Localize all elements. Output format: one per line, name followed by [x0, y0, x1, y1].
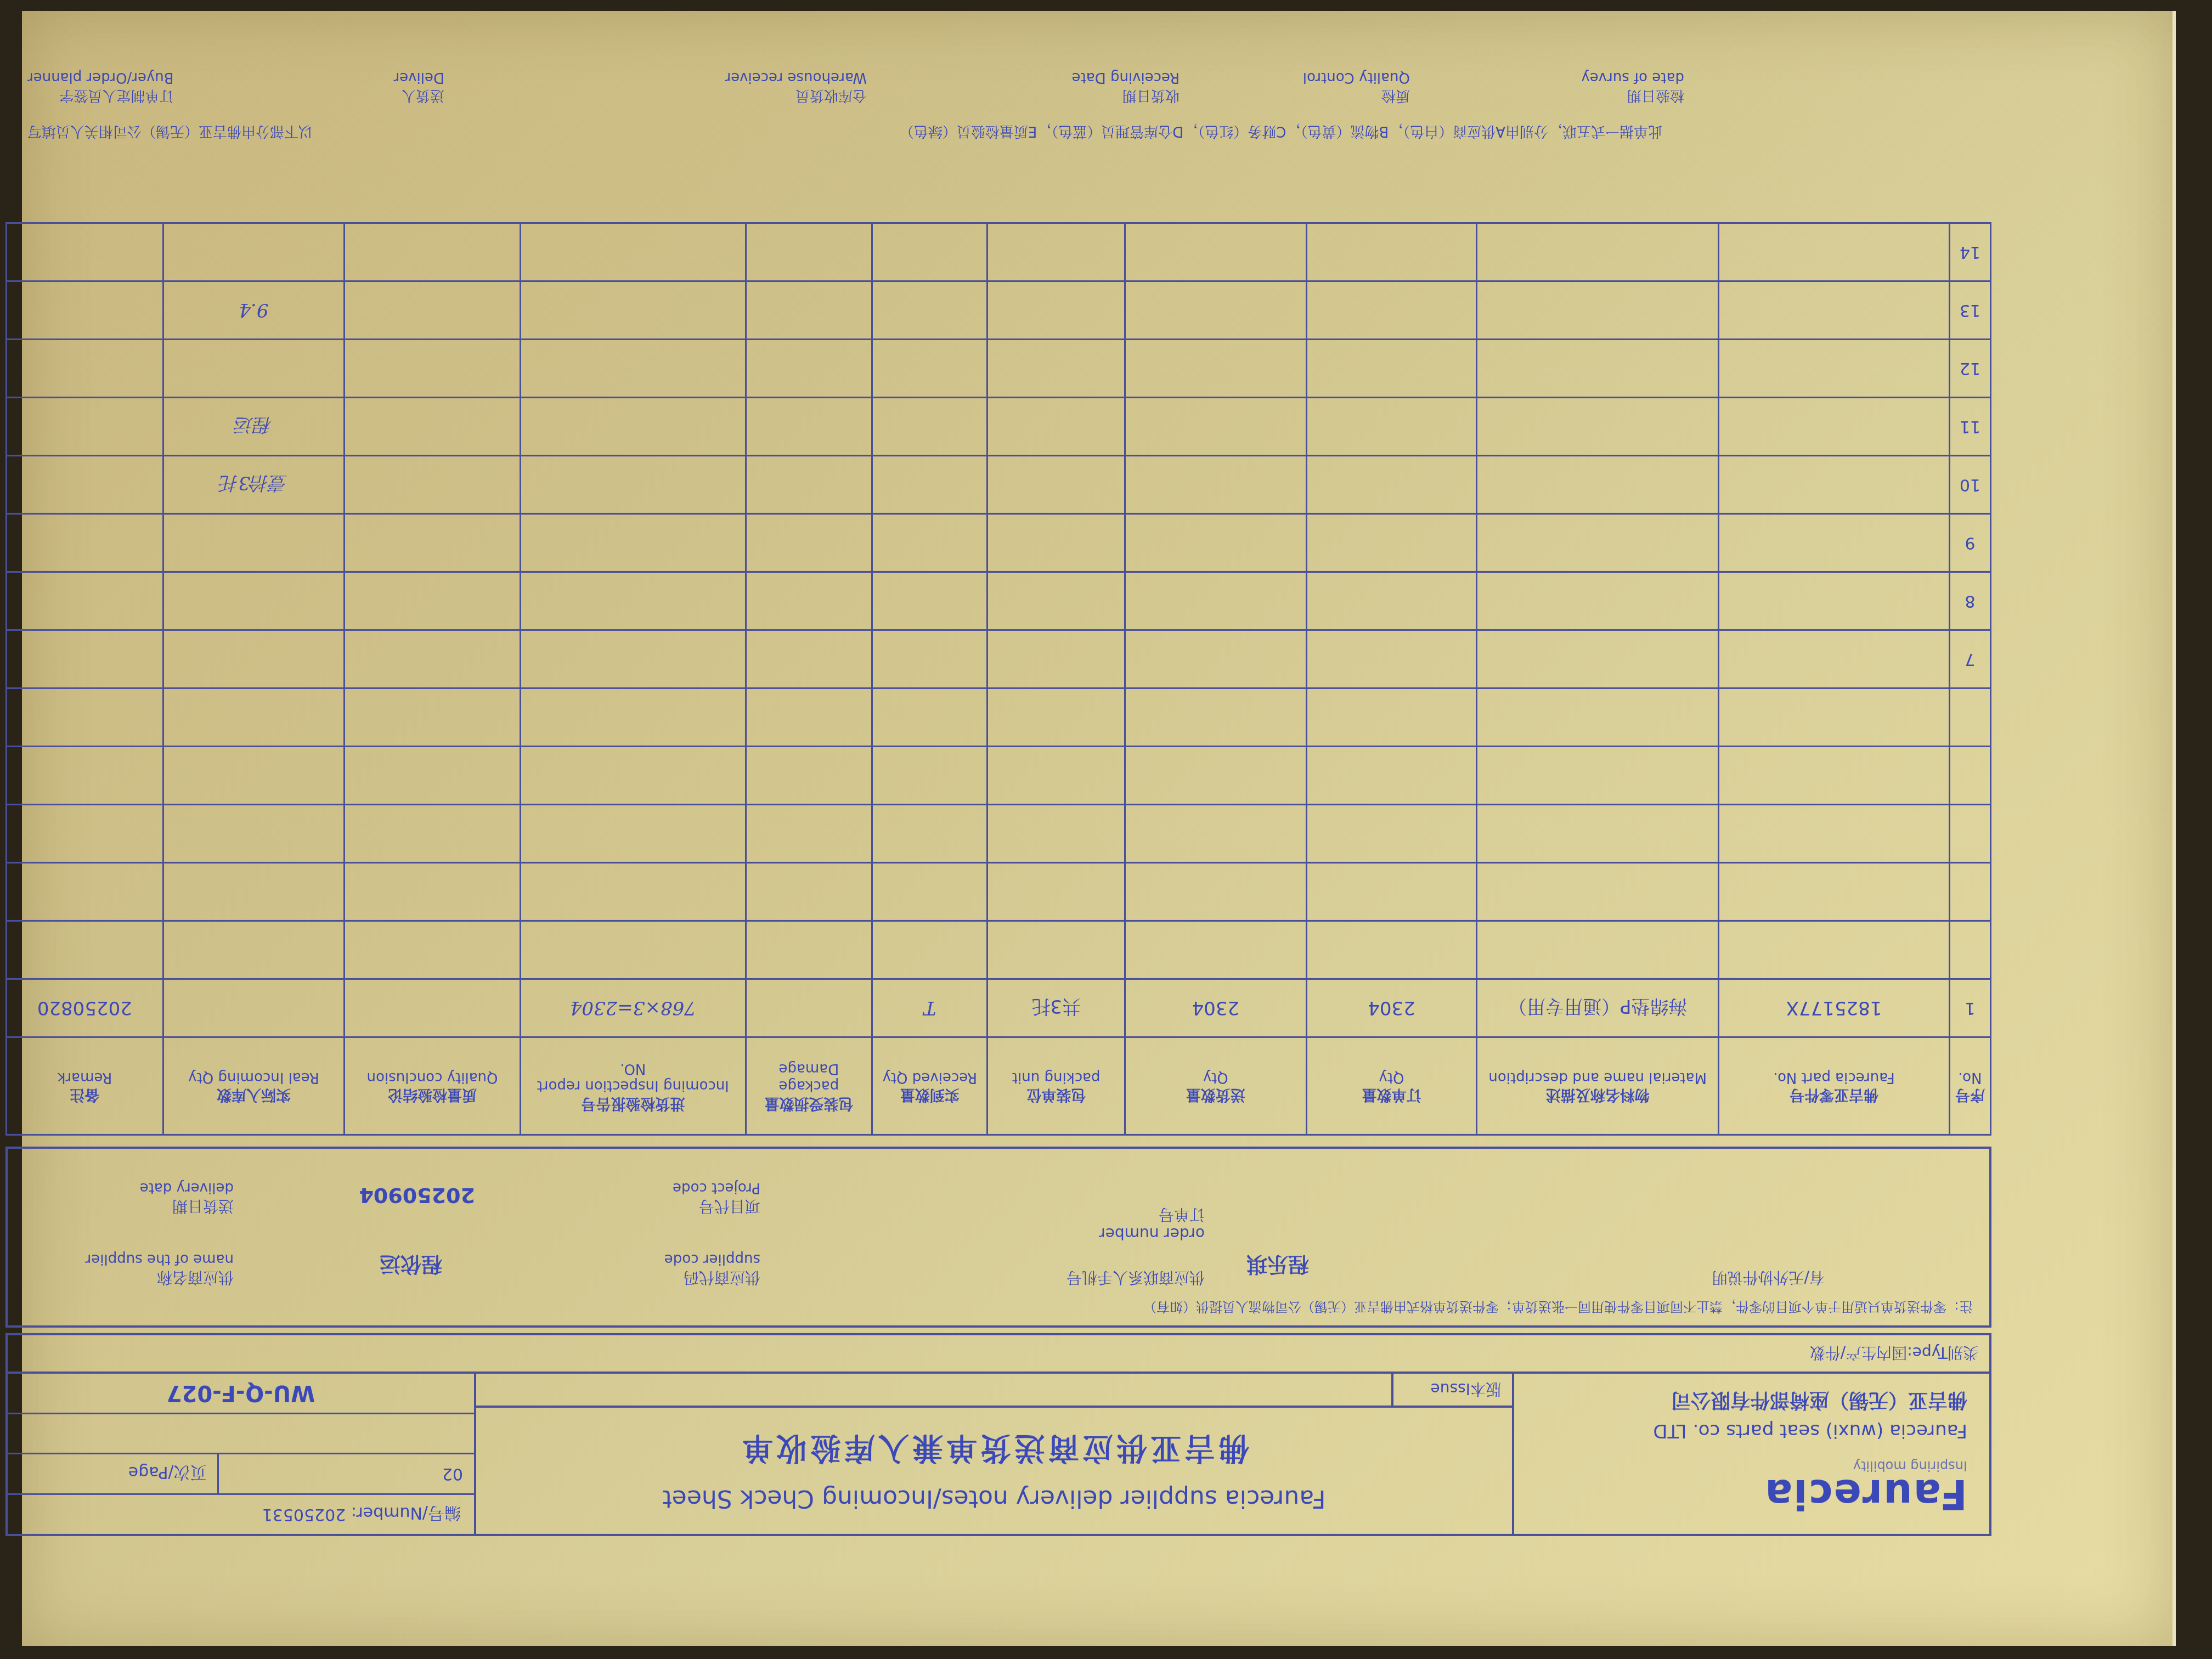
sig-deliver-en: Deliver — [393, 69, 444, 87]
cell-real-qty[interactable] — [163, 747, 345, 805]
cell-material[interactable] — [1477, 456, 1719, 514]
table-row: 7 — [7, 630, 1991, 689]
table-row: 14 — [7, 223, 1991, 281]
supplier-code-label: 供应商代码 supplier code — [664, 1250, 760, 1288]
cell-packing-unit[interactable] — [988, 689, 1125, 747]
cell-packing-unit[interactable] — [988, 398, 1125, 456]
cell-part-no[interactable] — [1719, 456, 1950, 514]
cell-damage[interactable] — [746, 223, 872, 281]
cell-packing-unit[interactable] — [988, 223, 1125, 281]
cell-real-qty[interactable] — [163, 689, 345, 747]
cell-damage[interactable] — [746, 572, 872, 630]
cell-damage[interactable] — [746, 863, 872, 921]
cell-part-no[interactable] — [1719, 514, 1950, 572]
table-row — [7, 805, 1991, 863]
footer-fill-note: 以下部分由佛吉亚（无锡）公司相关人员填写 — [27, 122, 313, 143]
cell-inspection[interactable] — [520, 921, 746, 979]
cell-inspection[interactable] — [520, 223, 746, 281]
signature-warehouse[interactable]: 仓库收货员 Warehouse receiver — [725, 69, 867, 104]
issue-row: 版本Issue — [476, 1374, 1512, 1406]
cell-damage[interactable] — [746, 398, 872, 456]
title-box: Faurecia supplier delivery notes/Incomin… — [476, 1406, 1512, 1534]
cell-material[interactable] — [1477, 863, 1719, 921]
cell-received-qty[interactable] — [872, 689, 988, 747]
sig-survey-en: date of survey — [1581, 69, 1684, 87]
cell-damage[interactable] — [746, 921, 872, 979]
cell-delivery-qty[interactable]: 2304 — [1125, 979, 1306, 1037]
cell-damage[interactable] — [746, 805, 872, 863]
cell-packing-unit[interactable] — [988, 747, 1125, 805]
cell-quality[interactable] — [345, 747, 521, 805]
footer-copies-note: 此单据一式五联，分别由A供应商（白色），B物流（黄色），C财务（红色），D仓库管… — [900, 122, 1662, 143]
cell-delivery-qty[interactable] — [1125, 223, 1306, 281]
cell-order-qty[interactable] — [1306, 514, 1477, 572]
col-inspection-report: 进货检验报告号Incoming Inspection report NO. — [520, 1037, 746, 1135]
cell-remark[interactable] — [7, 223, 163, 281]
col-received-qty: 实到数量Received Qty — [872, 1037, 988, 1135]
cell-order-qty[interactable] — [1306, 805, 1477, 863]
sig-receiving-cn: 收货日期 — [1072, 87, 1180, 105]
issue-value: 02 — [218, 1455, 475, 1494]
cell-remark[interactable] — [7, 630, 163, 689]
cell-material[interactable] — [1477, 223, 1719, 281]
cell-quality[interactable] — [345, 921, 521, 979]
cell-packing-unit[interactable] — [988, 921, 1125, 979]
supplier-name-label: 供应商名称 name of the supplier — [86, 1250, 234, 1288]
signature-deliver[interactable]: 送货人 Deliver — [393, 69, 444, 104]
col-real-incoming-qty: 实际入库数Real Incoming Qty — [163, 1037, 345, 1135]
cell-inspection[interactable] — [520, 863, 746, 921]
cell-no[interactable] — [1949, 863, 1990, 921]
cell-order-qty[interactable] — [1306, 747, 1477, 805]
paper-sheet: 一供应商（白色）二物流（黄色）三财务（红色）四仓库管理员（蓝色）五质量检验员（绿… — [22, 11, 2176, 1646]
title-block: Faurecia supplier delivery notes/Incomin… — [476, 1374, 1512, 1534]
cell-part-no[interactable] — [1719, 630, 1950, 689]
cell-received-qty[interactable] — [872, 223, 988, 281]
cell-damage[interactable] — [746, 456, 872, 514]
cell-packing-unit[interactable]: 共3托 — [988, 979, 1125, 1037]
col-material: 物料名称及描述Material name and description — [1477, 1037, 1719, 1135]
cell-inspection[interactable] — [520, 572, 746, 630]
cell-part-no[interactable] — [1719, 572, 1950, 630]
col-delivery-qty: 送货数量Qty — [1125, 1037, 1306, 1135]
cell-real-qty[interactable] — [163, 863, 345, 921]
cell-no[interactable]: 14 — [1949, 223, 1990, 281]
sig-receiving-en: Receiving Date — [1072, 69, 1180, 87]
cell-received-qty[interactable] — [872, 514, 988, 572]
cell-material[interactable] — [1477, 281, 1719, 340]
cell-material[interactable]: 海绵垫P（通用专用） — [1477, 979, 1719, 1037]
blank-meta-cell — [8, 1413, 474, 1453]
sig-warehouse-en: Warehouse receiver — [725, 69, 867, 87]
cell-no[interactable]: 11 — [1949, 398, 1990, 456]
table-row: 11程运 — [7, 398, 1991, 456]
cell-part-no[interactable] — [1719, 281, 1950, 340]
cell-damage[interactable] — [746, 340, 872, 398]
delivery-date-label: 送货日期 delivery date — [140, 1179, 234, 1216]
cell-quality[interactable] — [345, 572, 521, 630]
cell-received-qty[interactable] — [872, 398, 988, 456]
cell-packing-unit[interactable] — [988, 456, 1125, 514]
cell-order-qty[interactable]: 2304 — [1306, 979, 1477, 1037]
cell-damage[interactable] — [746, 747, 872, 805]
sig-qc-cn: 质检 — [1303, 87, 1410, 105]
cell-no[interactable] — [1949, 747, 1990, 805]
cell-real-qty[interactable] — [163, 630, 345, 689]
meta-block: 编号/Number: 20250531 02 页次/Page WU-Q-F-02… — [8, 1374, 476, 1534]
cell-remark[interactable] — [7, 514, 163, 572]
cell-received-qty[interactable] — [872, 921, 988, 979]
subcontract-label: 有/无外协件说明 — [1712, 1268, 1825, 1287]
cell-received-qty[interactable] — [872, 572, 988, 630]
cell-delivery-qty[interactable] — [1125, 572, 1306, 630]
cell-part-no[interactable] — [1719, 863, 1950, 921]
project-code-label: 项目代号 Project code — [673, 1179, 760, 1216]
cell-inspection[interactable] — [520, 456, 746, 514]
cell-damage[interactable] — [746, 281, 872, 340]
cell-received-qty[interactable] — [872, 456, 988, 514]
cell-quality[interactable] — [345, 689, 521, 747]
col-no: 序号No. — [1949, 1037, 1990, 1135]
cell-delivery-qty[interactable] — [1125, 630, 1306, 689]
cell-real-qty[interactable] — [163, 514, 345, 572]
cell-received-qty[interactable]: T — [872, 979, 988, 1037]
cell-packing-unit[interactable] — [988, 281, 1125, 340]
cell-received-qty[interactable] — [872, 805, 988, 863]
sig-buyer-en: Buyer/Order planner — [27, 69, 174, 87]
cell-quality[interactable] — [345, 979, 521, 1037]
cell-quality[interactable] — [345, 223, 521, 281]
delivery-date-en: delivery date — [140, 1179, 234, 1197]
cell-delivery-qty[interactable] — [1125, 398, 1306, 456]
cell-packing-unit[interactable] — [988, 630, 1125, 689]
sig-warehouse-cn: 仓库收货员 — [725, 87, 867, 105]
cell-received-qty[interactable] — [872, 863, 988, 921]
cell-delivery-qty[interactable] — [1125, 747, 1306, 805]
cell-remark[interactable] — [7, 281, 163, 340]
cell-damage[interactable] — [746, 514, 872, 572]
cell-inspection[interactable] — [520, 747, 746, 805]
cell-material[interactable] — [1477, 340, 1719, 398]
col-package-damage: 包装受损数量package Damage — [746, 1037, 872, 1135]
cell-packing-unit[interactable] — [988, 340, 1125, 398]
cell-inspection[interactable] — [520, 398, 746, 456]
cell-order-qty[interactable] — [1306, 340, 1477, 398]
table-row: 8 — [7, 572, 1991, 630]
cell-remark[interactable] — [7, 689, 163, 747]
cell-remark[interactable] — [7, 398, 163, 456]
cell-material[interactable] — [1477, 921, 1719, 979]
cell-remark[interactable] — [7, 921, 163, 979]
cell-inspection[interactable] — [520, 281, 746, 340]
cell-real-qty[interactable] — [163, 805, 345, 863]
cell-part-no[interactable] — [1719, 921, 1950, 979]
cell-part-no[interactable] — [1719, 805, 1950, 863]
signature-buyer[interactable]: 订单制定人员签字 Buyer/Order planner — [27, 69, 174, 104]
table-row: 10壹拾3托 — [7, 456, 1991, 514]
cell-real-qty[interactable]: 壹拾3托 — [163, 456, 345, 514]
cell-order-qty[interactable] — [1306, 456, 1477, 514]
cell-received-qty[interactable] — [872, 281, 988, 340]
table-row: 9 — [7, 514, 1991, 572]
cell-real-qty[interactable] — [163, 340, 345, 398]
table-row: 11825177X海绵垫P（通用专用）23042304共3托T768×3=230… — [7, 979, 1991, 1037]
cell-remark[interactable] — [7, 863, 163, 921]
cell-packing-unit[interactable] — [988, 572, 1125, 630]
cell-no[interactable]: 8 — [1949, 572, 1990, 630]
cell-order-qty[interactable] — [1306, 921, 1477, 979]
col-remark: 备注Remark — [7, 1037, 163, 1135]
col-quality-conclusion: 质量检验结论Quality conclusion — [345, 1037, 521, 1135]
cell-remark[interactable] — [7, 572, 163, 630]
sig-buyer-cn: 订单制定人员签字 — [27, 87, 174, 105]
cell-order-qty[interactable] — [1306, 223, 1477, 281]
contact-label: 供应商联系人手机号 — [1066, 1268, 1205, 1287]
cell-real-qty[interactable] — [163, 921, 345, 979]
cell-part-no[interactable] — [1719, 340, 1950, 398]
table-row: 12 — [7, 340, 1991, 398]
cell-real-qty[interactable]: 9.4 — [163, 281, 345, 340]
cell-part-no[interactable] — [1719, 747, 1950, 805]
cell-no[interactable]: 1 — [1949, 979, 1990, 1037]
cell-received-qty[interactable] — [872, 630, 988, 689]
cell-delivery-qty[interactable] — [1125, 281, 1306, 340]
cell-real-qty[interactable]: 程运 — [163, 398, 345, 456]
sig-deliver-cn: 送货人 — [393, 87, 444, 105]
cell-remark[interactable]: 20250820 — [7, 979, 163, 1037]
cell-no[interactable]: 9 — [1949, 514, 1990, 572]
cell-material[interactable] — [1477, 630, 1719, 689]
cell-no[interactable]: 7 — [1949, 630, 1990, 689]
brand-tagline: Inspiring mobility — [1536, 1458, 1967, 1474]
form-header: Faurecia Inspiring mobility Faurecia (wu… — [5, 1372, 1991, 1536]
cell-no[interactable]: 12 — [1949, 340, 1990, 398]
delivery-check-form: Faurecia Inspiring mobility Faurecia (wu… — [5, 11, 1991, 1536]
cell-quality[interactable] — [345, 398, 521, 456]
page-label: 页次/Page — [8, 1455, 218, 1494]
cell-inspection[interactable] — [520, 805, 746, 863]
cell-remark[interactable] — [7, 340, 163, 398]
col-part-no: 佛吉亚零件号Faurecia part No. — [1719, 1037, 1950, 1135]
company-block: Faurecia Inspiring mobility Faurecia (wu… — [1512, 1374, 1989, 1534]
cell-quality[interactable] — [345, 514, 521, 572]
form-title-cn: 佛吉亚供应商送货单兼入库验收单 — [739, 1429, 1249, 1473]
cell-order-qty[interactable] — [1306, 863, 1477, 921]
cell-quality[interactable] — [345, 456, 521, 514]
supplier-name-en: name of the supplier — [86, 1250, 234, 1268]
supplier-name-value[interactable]: 程依运 — [380, 1251, 442, 1282]
cell-remark[interactable] — [7, 456, 163, 514]
issue-page-row: 02 页次/Page — [8, 1453, 474, 1494]
company-name-cn: 佛吉亚（无锡）座椅部件有限公司 — [1536, 1387, 1967, 1415]
cell-remark[interactable] — [7, 805, 163, 863]
cell-delivery-qty[interactable] — [1125, 340, 1306, 398]
cell-packing-unit[interactable] — [988, 514, 1125, 572]
supplier-code-cn: 供应商代码 — [664, 1268, 760, 1287]
cell-order-qty[interactable] — [1306, 630, 1477, 689]
cell-quality[interactable] — [345, 281, 521, 340]
cell-real-qty[interactable] — [163, 572, 345, 630]
signature-quality-control[interactable]: 质检 Quality Control — [1303, 69, 1410, 104]
cell-remark[interactable] — [7, 747, 163, 805]
cell-material[interactable] — [1477, 514, 1719, 572]
cell-delivery-qty[interactable] — [1125, 921, 1306, 979]
number-label: 编号/Number: — [351, 1503, 461, 1527]
type-label: 类别Type:国内生产/件数 — [1810, 1342, 1978, 1364]
cell-order-qty[interactable] — [1306, 398, 1477, 456]
cell-packing-unit[interactable] — [988, 805, 1125, 863]
delivery-date-cn: 送货日期 — [140, 1197, 234, 1216]
type-row: 类别Type:国内生产/件数 — [5, 1333, 1991, 1372]
order-number-en: order number — [1099, 1224, 1205, 1243]
cell-damage[interactable] — [746, 689, 872, 747]
cell-damage[interactable] — [746, 630, 872, 689]
cell-material[interactable] — [1477, 572, 1719, 630]
cell-damage[interactable] — [746, 979, 872, 1037]
table-row: 139.4 — [7, 281, 1991, 340]
cell-delivery-qty[interactable] — [1125, 689, 1306, 747]
cell-inspection[interactable] — [520, 514, 746, 572]
delivery-date-value[interactable]: 20250904 — [359, 1183, 475, 1207]
cell-quality[interactable] — [345, 340, 521, 398]
cell-inspection[interactable] — [520, 630, 746, 689]
order-number-cn: 订单号 — [1099, 1205, 1205, 1224]
number-field: 编号/Number: 20250531 — [8, 1493, 474, 1534]
cell-real-qty[interactable] — [163, 223, 345, 281]
cell-real-qty[interactable] — [163, 979, 345, 1037]
cell-order-qty[interactable] — [1306, 689, 1477, 747]
supplier-code-en: supplier code — [664, 1250, 760, 1268]
supplier-info-block: 注：零件送货单只适用于单个项目的零件，禁止不同项目零件使用同一张送货单；零件送货… — [5, 1147, 1991, 1328]
faurecia-logo: Faurecia — [1536, 1470, 1967, 1517]
project-code-en: Project code — [673, 1179, 760, 1197]
delivery-items-table: 序号No. 佛吉亚零件号Faurecia part No. 物料名称及描述Mat… — [5, 222, 1991, 1136]
order-number-label: order number 订单号 — [1099, 1205, 1205, 1243]
cell-order-qty[interactable] — [1306, 281, 1477, 340]
cell-part-no[interactable] — [1719, 223, 1950, 281]
cell-quality[interactable] — [345, 863, 521, 921]
cell-packing-unit[interactable] — [988, 863, 1125, 921]
cell-order-qty[interactable] — [1306, 572, 1477, 630]
table-row — [7, 747, 1991, 805]
cell-inspection[interactable] — [520, 689, 746, 747]
signature-survey-date[interactable]: 检验日期 date of survey — [1581, 69, 1684, 104]
cell-quality[interactable] — [345, 805, 521, 863]
form-footer: 以下部分由佛吉亚（无锡）公司相关人员填写 此单据一式五联，分别由A供应商（白色）… — [5, 16, 1991, 148]
cell-material[interactable] — [1477, 689, 1719, 747]
cell-inspection[interactable]: 768×3=2304 — [520, 979, 746, 1037]
supplier-name-cn: 供应商名称 — [86, 1268, 234, 1287]
cell-material[interactable] — [1477, 747, 1719, 805]
col-packing-unit: 包装单位packing unit — [988, 1037, 1125, 1135]
cell-no[interactable] — [1949, 921, 1990, 979]
cell-delivery-qty[interactable] — [1125, 805, 1306, 863]
cell-received-qty[interactable] — [872, 340, 988, 398]
cell-quality[interactable] — [345, 630, 521, 689]
cell-material[interactable] — [1477, 805, 1719, 863]
cell-delivery-qty[interactable] — [1125, 514, 1306, 572]
cell-no[interactable] — [1949, 689, 1990, 747]
cell-delivery-qty[interactable] — [1125, 863, 1306, 921]
table-header-row: 序号No. 佛吉亚零件号Faurecia part No. 物料名称及描述Mat… — [7, 1037, 1991, 1135]
sig-survey-cn: 检验日期 — [1581, 87, 1684, 105]
table-row — [7, 921, 1991, 979]
number-value: 20250531 — [262, 1505, 346, 1524]
cell-part-no[interactable] — [1719, 398, 1950, 456]
sig-qc-en: Quality Control — [1303, 69, 1410, 87]
cell-no[interactable]: 13 — [1949, 281, 1990, 340]
cell-part-no[interactable] — [1719, 689, 1950, 747]
form-code: WU-Q-F-027 — [8, 1374, 474, 1413]
issue-label: 版本Issue — [1391, 1374, 1512, 1406]
cell-inspection[interactable] — [520, 340, 746, 398]
table-row — [7, 863, 1991, 921]
contact-value[interactable]: 程乐琪 — [1246, 1251, 1309, 1282]
usage-note: 注：零件送货单只适用于单个项目的零件，禁止不同项目零件使用同一张送货单；零件送货… — [1143, 1299, 1973, 1318]
table-row — [7, 689, 1991, 747]
col-order-qty: 订单数量Qty — [1306, 1037, 1477, 1135]
cell-delivery-qty[interactable] — [1125, 456, 1306, 514]
cell-no[interactable]: 10 — [1949, 456, 1990, 514]
cell-material[interactable] — [1477, 398, 1719, 456]
project-code-cn: 项目代号 — [673, 1197, 760, 1216]
cell-received-qty[interactable] — [872, 747, 988, 805]
signature-receiving-date[interactable]: 收货日期 Receiving Date — [1072, 69, 1180, 104]
cell-no[interactable] — [1949, 805, 1990, 863]
company-name-en: Faurecia (wuxi) seat parts co. LTD — [1536, 1420, 1967, 1442]
cell-part-no[interactable]: 1825177X — [1719, 979, 1950, 1037]
form-title-en: Faurecia supplier delivery notes/Incomin… — [663, 1485, 1326, 1513]
